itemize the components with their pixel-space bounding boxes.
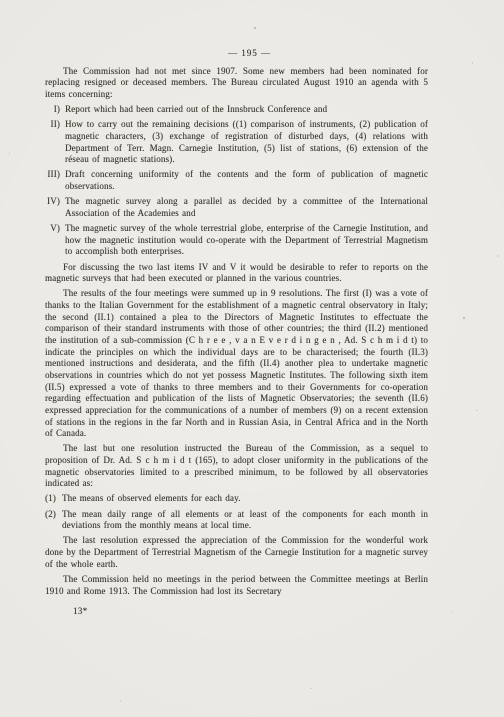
paragraph-discussing: For discussing the two last items IV and… [45,262,428,285]
agenda-item-5: V) The magnetic survey of the whole terr… [45,223,428,258]
scan-speck [120,700,121,702]
minimum-list-item-1-marker: (1) [45,493,56,505]
agenda-item-3-numeral: III) [42,169,60,181]
agenda-item-4: IV) The magnetic survey along a parallel… [45,196,428,219]
paragraph-last-resolution: The last resolution expressed the apprec… [45,535,428,570]
scan-speck [310,688,312,689]
intro-paragraph: The Commission had not met since 1907. S… [45,66,428,101]
agenda-item-1: I) Report which had been carried out of … [45,104,428,116]
scan-speck [476,410,478,411]
scan-speck [472,62,473,64]
scan-speck [452,612,453,613]
agenda-list: I) Report which had been carried out of … [45,104,428,258]
page-number: — 195 — [58,48,441,60]
scan-speck [497,255,499,257]
agenda-item-4-numeral: IV) [42,196,60,208]
agenda-item-1-text: Report which had been carried out of the… [65,104,327,114]
scan-speck [9,152,10,155]
agenda-item-5-numeral: V) [42,223,60,235]
agenda-item-2-numeral: II) [42,119,60,131]
agenda-item-3: III) Draft concerning uniformity of the … [45,169,428,192]
paragraph-closing: The Commission held no meetings in the p… [45,574,428,597]
minimum-list-item-2: (2) The mean daily range of all elements… [45,509,428,532]
scan-speck [254,27,256,29]
signature-mark: 13* [45,606,428,618]
scan-speck [463,317,465,319]
paragraph-results: The results of the four meetings were su… [45,288,428,440]
agenda-item-2-text: How to carry out the remaining decisions… [65,119,428,164]
agenda-item-2: II) How to carry out the remaining decis… [45,119,428,166]
scanned-book-page: — 195 — The Commission had not met since… [0,0,504,717]
agenda-item-1-numeral: I) [42,104,60,116]
paragraph-last-but-one: The last but one resolution instructed t… [45,443,428,490]
minimum-requirements-list: (1) The means of observed elements for e… [45,493,428,531]
minimum-list-item-2-text: The mean daily range of all elements or … [62,509,428,531]
minimum-list-item-1-text: The means of observed elements for each … [62,493,241,503]
agenda-item-4-text: The magnetic survey along a parallel as … [65,196,428,218]
minimum-list-item-1: (1) The means of observed elements for e… [45,493,428,505]
minimum-list-item-2-marker: (2) [45,509,56,521]
agenda-item-3-text: Draft concerning uniformity of the conte… [65,169,428,191]
agenda-item-5-text: The magnetic survey of the whole terrest… [65,223,428,256]
